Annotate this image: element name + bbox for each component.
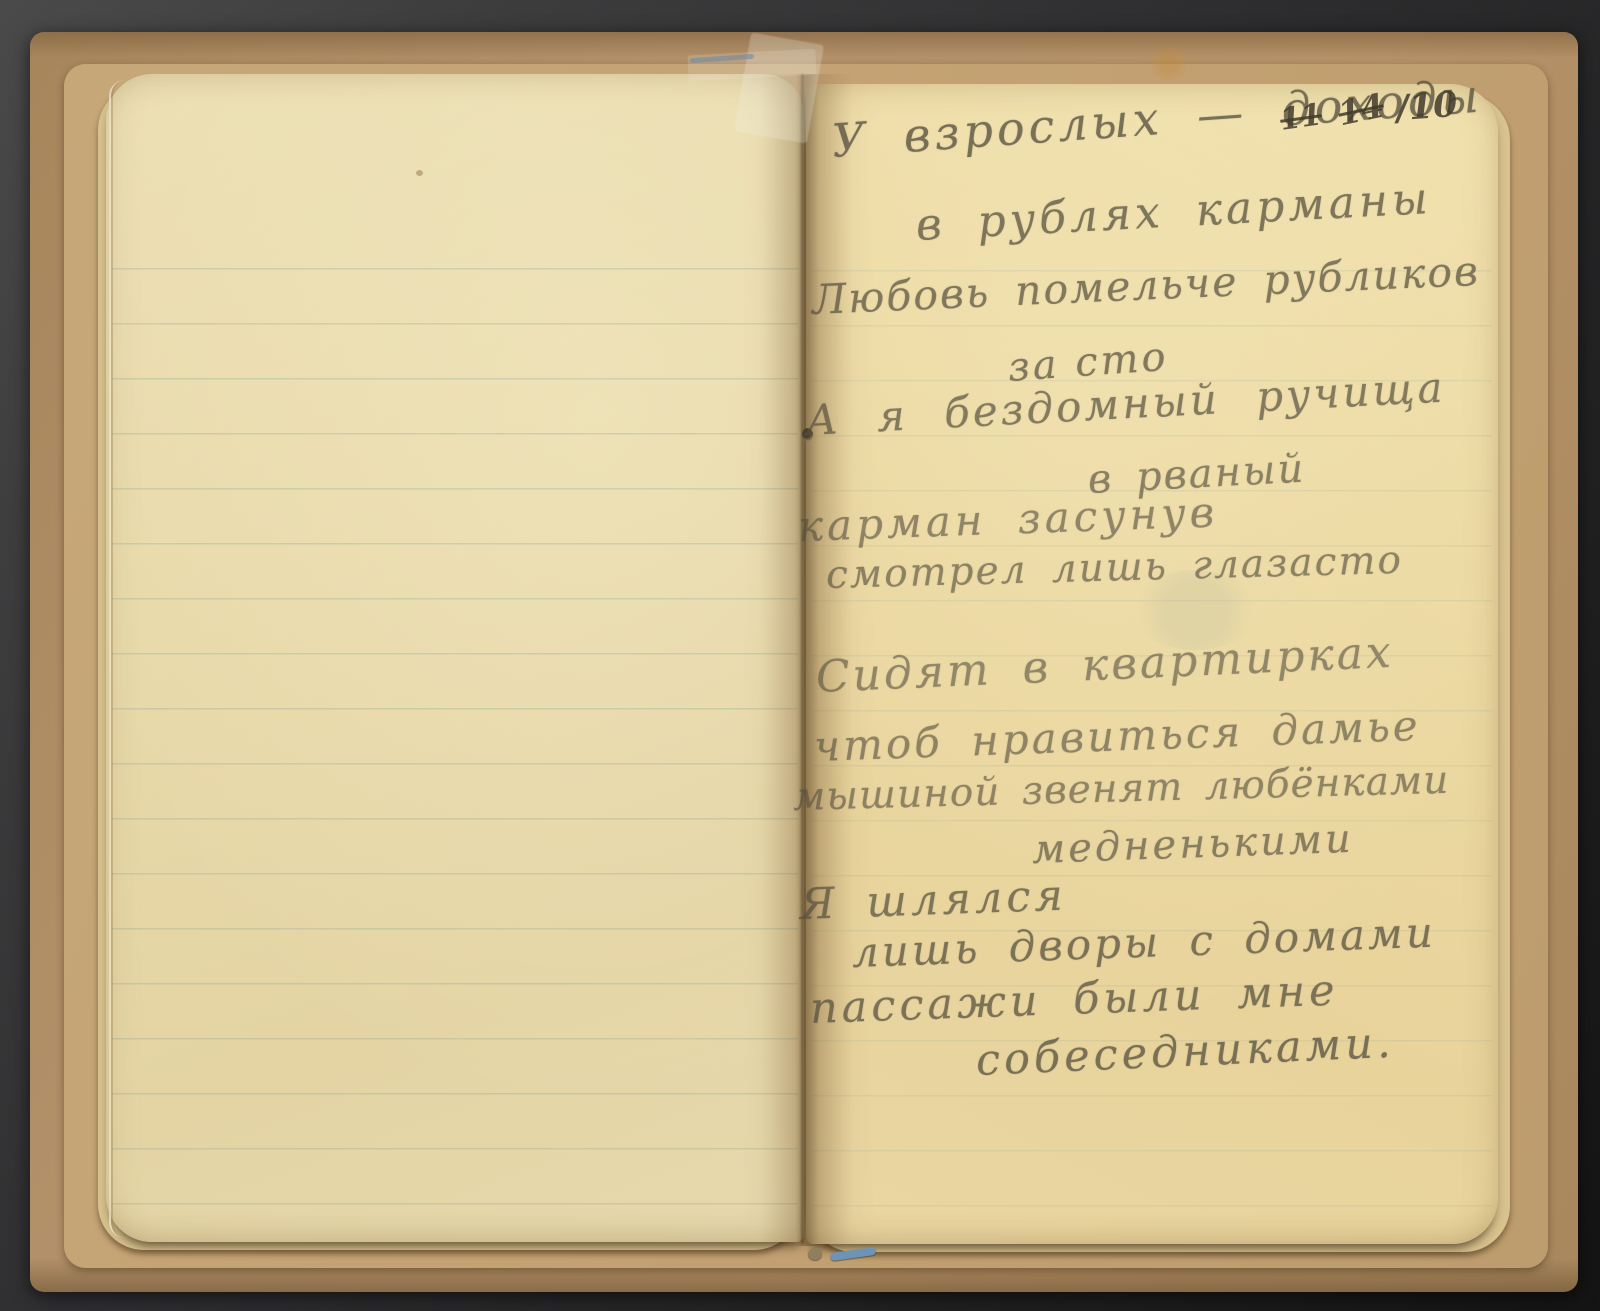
handwriting-line: карман засунув (797, 491, 1218, 548)
handwriting: У взрослых — доходы в рублях карманы Люб… (0, 0, 1600, 1311)
handwriting-line: пассажи были мне (809, 970, 1339, 1031)
notebook-scan: У взрослых — доходы в рублях карманы Люб… (0, 0, 1600, 1311)
handwriting-line: чтоб нравиться дамье (813, 705, 1421, 768)
handwriting-line: Сидят в квартирках (815, 631, 1395, 700)
corner-mark: /10 (1395, 84, 1459, 129)
corner-mark: 11 (1278, 97, 1324, 137)
handwriting-line: в рублях карманы (915, 177, 1433, 248)
handwriting-line: мышиной звенят любёнками (792, 761, 1449, 817)
handwriting-line: Любовь помельче рубликов (811, 251, 1481, 321)
handwriting-line: Я шлялся (799, 875, 1067, 927)
handwriting-line: смотрел лишь глазасто (825, 541, 1403, 595)
handwriting-line: собеседниками. (975, 1022, 1395, 1083)
handwriting-line: медненькими (1031, 819, 1354, 870)
